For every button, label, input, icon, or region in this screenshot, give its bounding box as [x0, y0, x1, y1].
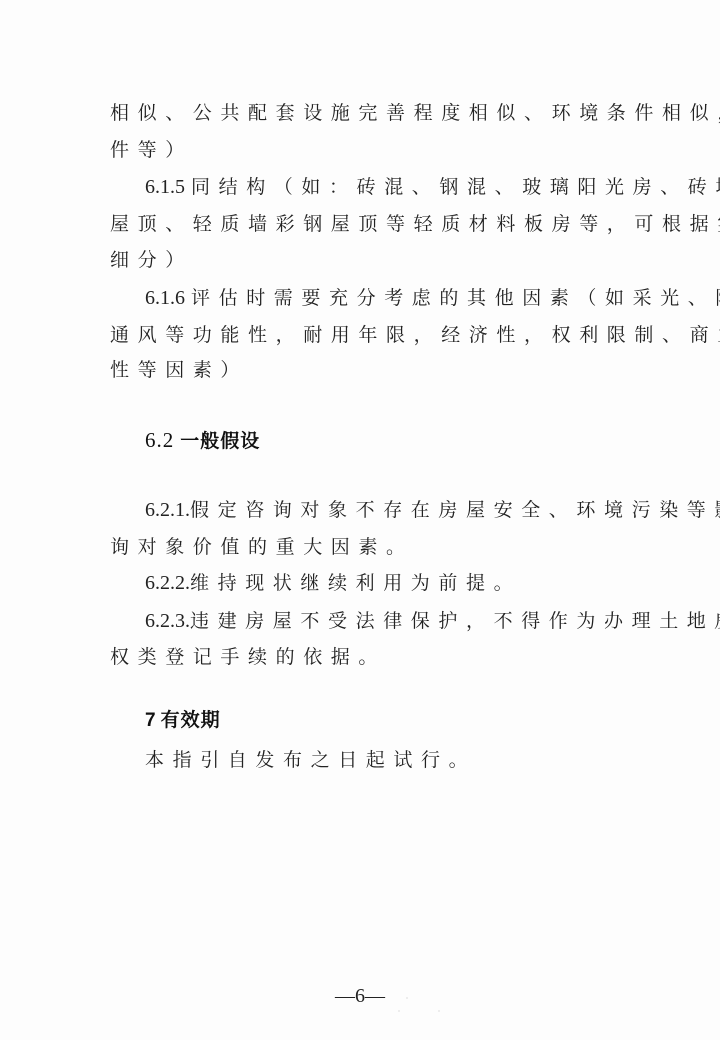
- clause-number: 6.1.5: [145, 176, 185, 198]
- clause-text: 违建房屋不受法律保护，不得作为办理土地房屋产: [190, 610, 720, 632]
- paragraph-line: 相似、公共配套设施完善程度相似、环境条件相似，临街条: [110, 101, 720, 125]
- clause-number: 6.2.1.: [145, 499, 190, 521]
- paragraph-line: 件等）: [110, 138, 193, 162]
- paragraph-line: 询对象价值的重大因素。: [110, 535, 414, 559]
- section-number: 7: [145, 710, 157, 731]
- paragraph-line: 权类登记手续的依据。: [110, 645, 386, 669]
- document-page: 相似、公共配套设施完善程度相似、环境条件相似，临街条 件等） 6.1.5同结构（…: [0, 0, 720, 1040]
- section-heading-6-2: 6.2一般假设: [145, 428, 260, 453]
- section-title: 一般假设: [180, 430, 260, 452]
- section-title: 有效期: [161, 709, 221, 731]
- section-number: 6.2: [145, 428, 174, 452]
- paragraph-line: 通风等功能性，耐用年限，经济性，权利限制、商业的昭示: [110, 323, 720, 347]
- paragraph-line: 细分）: [110, 248, 193, 272]
- clause-number: 6.2.2.: [145, 572, 190, 594]
- section-7-body: 本指引自发布之日起试行。: [145, 748, 476, 772]
- clause-text: 假定咨询对象不存在房屋安全、环境污染等影响咨: [190, 499, 720, 521]
- paragraph-line: 屋顶、轻质墙彩钢屋顶等轻质材料板房等，可根据实际情况: [110, 212, 720, 236]
- page-number: —6—: [0, 984, 720, 1008]
- section-heading-7: 7有效期: [145, 708, 221, 733]
- paragraph-6-1-6-first-line: 6.1.6评估时需要充分考虑的其他因素（如采光、隔热、: [145, 286, 720, 310]
- scan-speck: [398, 1010, 400, 1012]
- scan-speck: [406, 997, 408, 999]
- scan-speck: [438, 1010, 440, 1012]
- paragraph-6-2-1-first-line: 6.2.1.假定咨询对象不存在房屋安全、环境污染等影响咨: [145, 498, 720, 522]
- paragraph-6-1-5-first-line: 6.1.5同结构（如：砖混、钢混、玻璃阳光房、砖墙彩钢: [145, 175, 720, 199]
- paragraph-6-2-3-first-line: 6.2.3.违建房屋不受法律保护，不得作为办理土地房屋产: [145, 609, 720, 633]
- paragraph-line: 性等因素）: [110, 358, 248, 382]
- clause-text: 同结构（如：砖混、钢混、玻璃阳光房、砖墙彩钢: [191, 176, 720, 198]
- clause-text: 维持现状继续利用为前提。: [190, 572, 521, 594]
- clause-number: 6.1.6: [145, 287, 185, 309]
- clause-number: 6.2.3.: [145, 610, 190, 632]
- clause-text: 评估时需要充分考虑的其他因素（如采光、隔热、: [191, 287, 720, 309]
- paragraph-6-2-2: 6.2.2.维持现状继续利用为前提。: [145, 571, 521, 595]
